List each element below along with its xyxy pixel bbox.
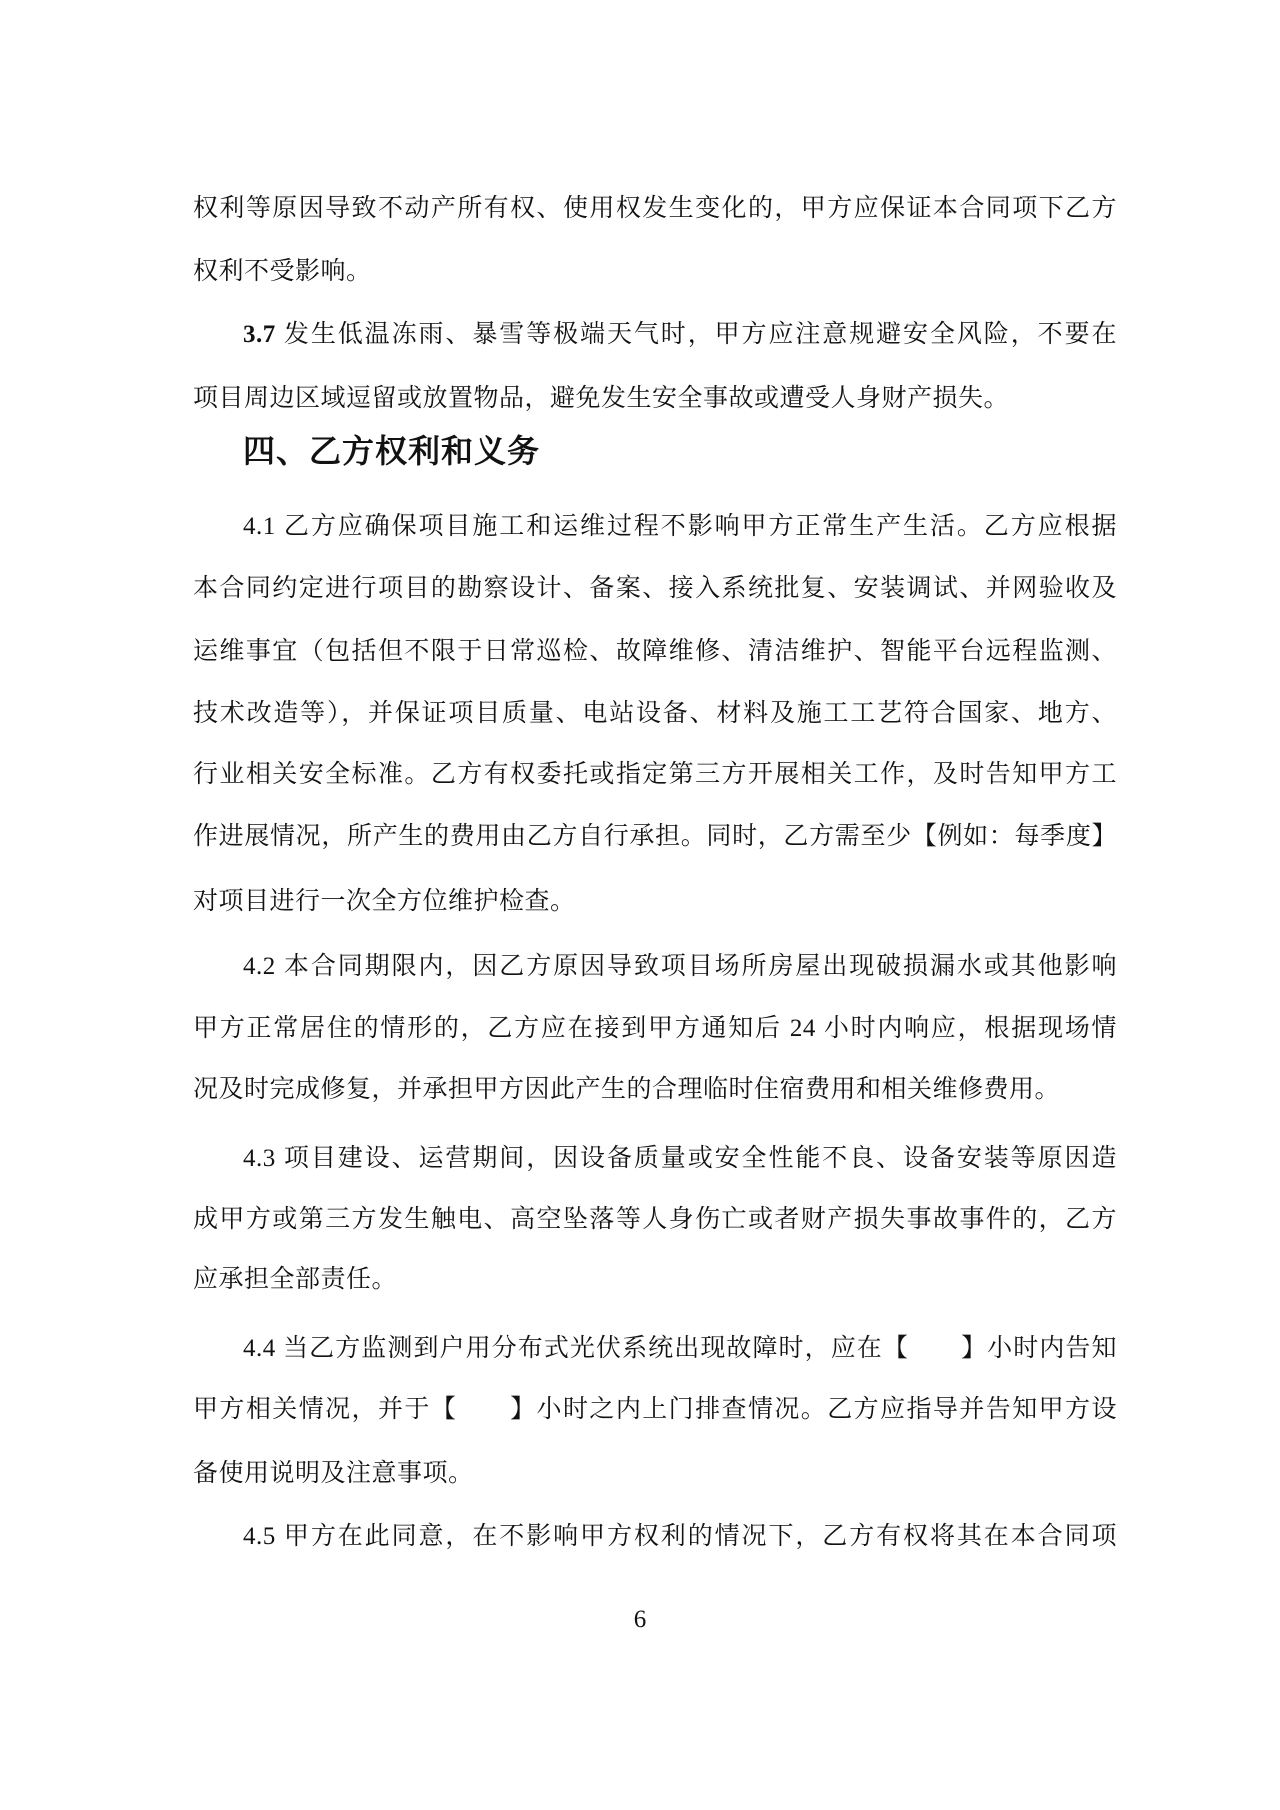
doc-line: 权利等原因导致不动产所有权、使用权发生变化的，甲方应保证本合同项下乙方 — [193, 191, 1117, 227]
doc-line-clause-4-4: 4.4 当乙方监测到户用分布式光伏系统出现故障时，应在【 】小时内告知 — [193, 1331, 1117, 1367]
doc-line: 应承担全部责任。 — [193, 1262, 1117, 1298]
doc-line-clause-4-1: 4.1 乙方应确保项目施工和运维过程不影响甲方正常生产生活。乙方应根据 — [193, 509, 1117, 545]
doc-line-clause-3-7: 3.7 发生低温冻雨、暴雪等极端天气时，甲方应注意规避安全风险，不要在 — [193, 317, 1117, 353]
doc-line: 运维事宜（包括但不限于日常巡检、故障维修、清洁维护、智能平台远程监测、 — [193, 634, 1117, 670]
doc-line: 权利不受影响。 — [193, 254, 1117, 290]
doc-line: 技术改造等），并保证项目质量、电站设备、材料及施工工艺符合国家、地方、 — [193, 696, 1117, 732]
doc-line: 本合同约定进行项目的勘察设计、备案、接入系统批复、安装调试、并网验收及 — [193, 571, 1117, 607]
doc-line: 甲方相关情况，并于【 】小时之内上门排查情况。乙方应指导并告知甲方设 — [193, 1392, 1117, 1428]
doc-line-clause-4-3: 4.3 项目建设、运营期间，因设备质量或安全性能不良、设备安装等原因造 — [193, 1141, 1117, 1177]
page-number: 6 — [0, 1603, 1280, 1637]
doc-line: 甲方正常居住的情形的，乙方应在接到甲方通知后 24 小时内响应，根据现场情 — [193, 1011, 1117, 1047]
doc-line: 况及时完成修复，并承担甲方因此产生的合理临时住宿费用和相关维修费用。 — [193, 1072, 1117, 1108]
doc-line: 对项目进行一次全方位维护检查。 — [193, 884, 1117, 920]
section-heading: 四、乙方权利和义务 — [193, 430, 1117, 472]
clause-number: 3.7 — [243, 321, 276, 348]
contract-document-page: 权利等原因导致不动产所有权、使用权发生变化的，甲方应保证本合同项下乙方 权利不受… — [0, 0, 1280, 1810]
doc-line: 行业相关安全标准。乙方有权委托或指定第三方开展相关工作，及时告知甲方工 — [193, 757, 1117, 793]
doc-line: 项目周边区域逗留或放置物品，避免发生安全事故或遭受人身财产损失。 — [193, 381, 1117, 417]
doc-line-clause-4-2: 4.2 本合同期限内，因乙方原因导致项目场所房屋出现破损漏水或其他影响 — [193, 949, 1117, 985]
doc-line: 成甲方或第三方发生触电、高空坠落等人身伤亡或者财产损失事故事件的，乙方 — [193, 1202, 1117, 1238]
doc-line: 备使用说明及注意事项。 — [193, 1456, 1117, 1492]
clause-text: 发生低温冻雨、暴雪等极端天气时，甲方应注意规避安全风险，不要在 — [276, 321, 1117, 348]
doc-line: 作进展情况，所产生的费用由乙方自行承担。同时，乙方需至少【例如：每季度】 — [193, 819, 1117, 855]
doc-line-clause-4-5: 4.5 甲方在此同意，在不影响甲方权利的情况下，乙方有权将其在本合同项 — [193, 1519, 1117, 1555]
